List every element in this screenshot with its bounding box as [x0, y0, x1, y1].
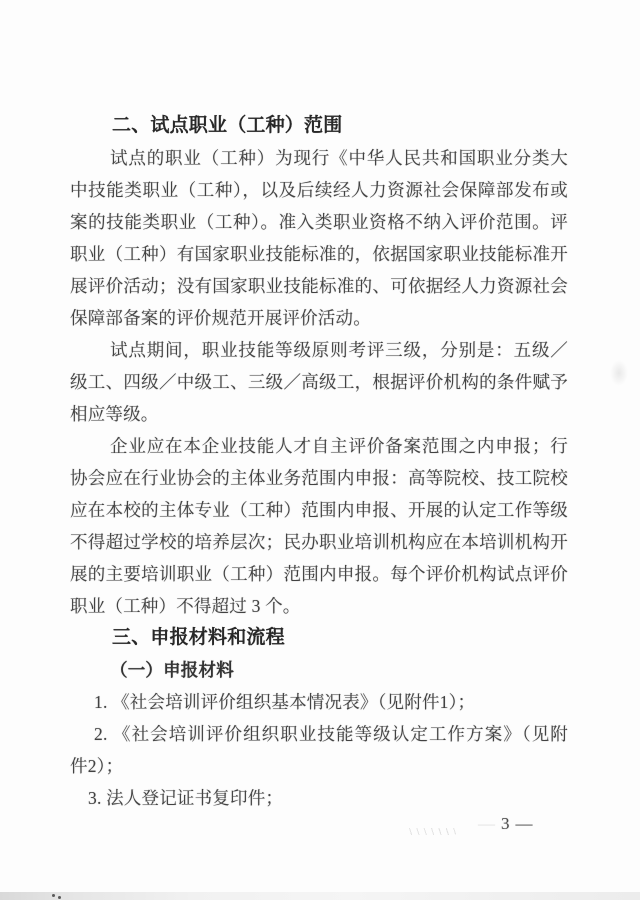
text-line: 展评价活动；没有国家职业技能标准的、可依据经人力资源社会 — [70, 270, 568, 302]
scan-shadow-bottom — [0, 892, 640, 900]
page-number: —3— — [478, 812, 534, 836]
text-line: 中技能类职业（工种），以及后续经人力资源社会保障部发布或备 — [70, 174, 568, 206]
text-line: 企业应在本企业技能人才自主评价备案范围之内申报；行业 — [70, 430, 568, 462]
text-line: 件2）； — [70, 750, 568, 782]
text-line: 不得超过学校的培养层次；民办职业培训机构应在本培训机构开 — [70, 526, 568, 558]
pencil-smudge — [408, 828, 456, 835]
text-line: 2. 《社会培训评价组织职业技能等级认定工作方案》（见附 — [70, 718, 568, 750]
page-number-value: 3 — [501, 814, 511, 833]
scan-speck — [58, 896, 61, 899]
text-line: 试点期间，职业技能等级原则考评三级，分别是：五级／初 — [70, 334, 568, 366]
document-body: 二、试点职业（工种）范围试点的职业（工种）为现行《中华人民共和国职业分类大典》中… — [70, 110, 568, 814]
text-line: 试点的职业（工种）为现行《中华人民共和国职业分类大典》 — [70, 142, 568, 174]
text-line: 保障部备案的评价规范开展评价活动。 — [70, 302, 568, 334]
text-line: 级工、四级／中级工、三级／高级工，根据评价机构的条件赋予 — [70, 366, 568, 398]
scan-smudge-right — [610, 360, 628, 386]
text-line: 3. 法人登记证书复印件； — [70, 782, 568, 814]
text-line: 展的主要培训职业（工种）范围内申报。每个评价机构试点评价 — [70, 558, 568, 590]
text-line: （一）申报材料 — [70, 654, 568, 686]
scan-speck — [52, 894, 55, 897]
text-line: 相应等级。 — [70, 398, 568, 430]
text-line: 协会应在行业协会的主体业务范围内申报：高等院校、技工院校 — [70, 462, 568, 494]
page-number-left-dash: — — [478, 814, 496, 833]
text-line: 职业（工种）不得超过 3 个。 — [70, 590, 568, 622]
text-line: 应在本校的主体专业（工种）范围内申报、开展的认定工作等级 — [70, 494, 568, 526]
page-number-right-dash: — — [516, 814, 534, 833]
text-line: 1. 《社会培训评价组织基本情况表》（见附件1）； — [70, 686, 568, 718]
text-line: 案的技能类职业（工种）。准入类职业资格不纳入评价范围。评价 — [70, 206, 568, 238]
scanned-document-page: 二、试点职业（工种）范围试点的职业（工种）为现行《中华人民共和国职业分类大典》中… — [0, 0, 640, 900]
text-line: 职业（工种）有国家职业技能标准的，依据国家职业技能标准开 — [70, 238, 568, 270]
text-line: 二、试点职业（工种）范围 — [70, 110, 568, 142]
text-line: 三、申报材料和流程 — [70, 622, 568, 654]
